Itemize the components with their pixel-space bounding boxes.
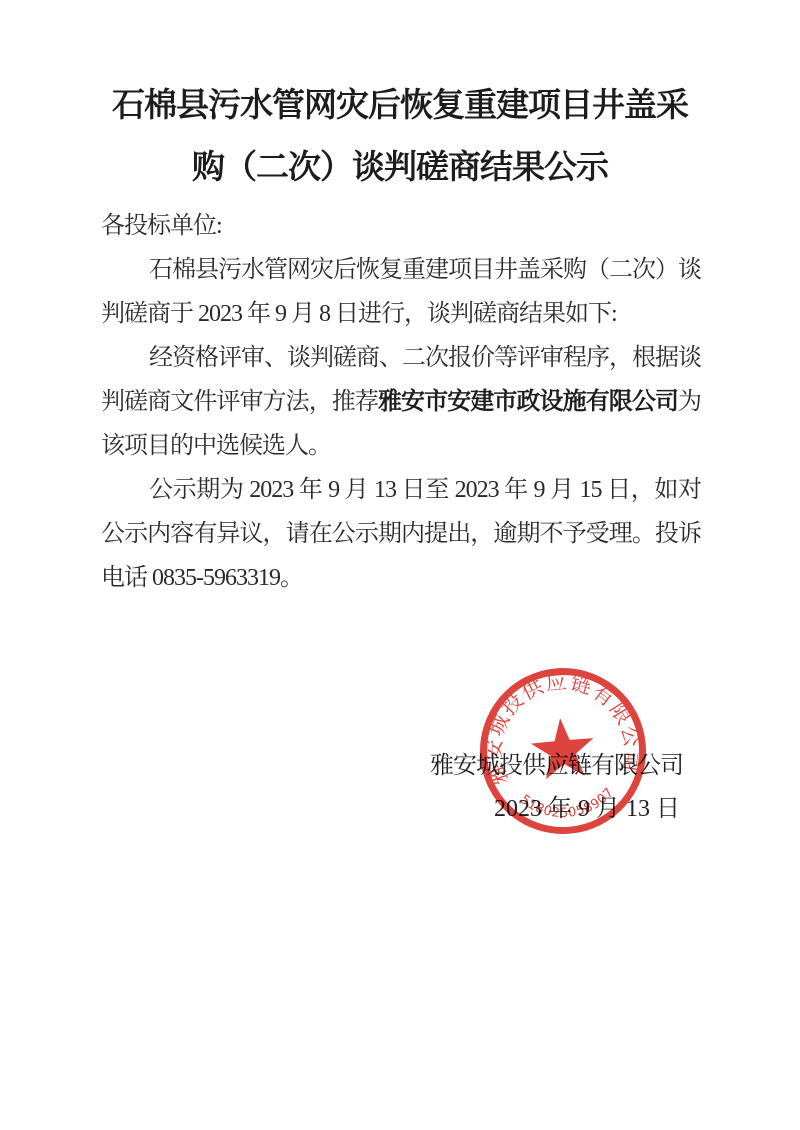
document-page: 石棉县污水管网灾后恢复重建项目井盖采 购（二次）谈判磋商结果公示 各投标单位: … (0, 0, 800, 1130)
paragraph-1-text: 石棉县污水管网灾后恢复重建项目井盖采购（二次）谈判磋商于 2023 年 9 月 … (101, 257, 701, 327)
paragraph-negotiation-date: 石棉县污水管网灾后恢复重建项目井盖采购（二次）谈判磋商于 2023 年 9 月 … (101, 248, 701, 336)
document-body: 各投标单位: 石棉县污水管网灾后恢复重建项目井盖采购（二次）谈判磋商于 2023… (101, 204, 701, 600)
paragraph-3-text: 公示期为 2023 年 9 月 13 日至 2023 年 9 月 15 日，如对… (101, 477, 701, 591)
salutation-line: 各投标单位: (101, 204, 701, 248)
paragraph-publicity-period: 公示期为 2023 年 9 月 13 日至 2023 年 9 月 15 日，如对… (101, 468, 701, 600)
paragraph-result: 经资格评审、谈判磋商、二次报价等评审程序，根据谈判磋商文件评审方法，推荐雅安市安… (101, 336, 701, 468)
official-seal-stamp: 雅安城投供应链有限公司 518025058907 (477, 665, 649, 837)
seal-star-icon (529, 715, 597, 780)
document-title-line-1: 石棉县污水管网灾后恢复重建项目井盖采 (0, 88, 800, 126)
winning-company-name: 雅安市安建市政设施有限公司 (378, 389, 678, 415)
document-title-line-2: 购（二次）谈判磋商结果公示 (0, 150, 800, 188)
